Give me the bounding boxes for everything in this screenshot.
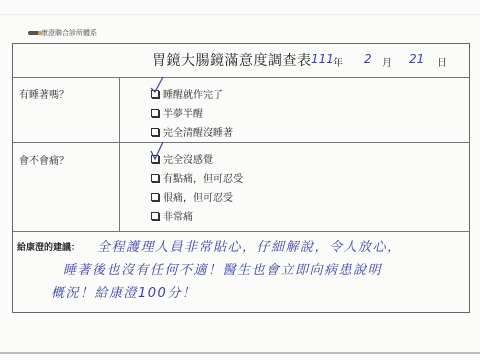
scan-edge-top: [0, 14, 480, 15]
checkbox-icon[interactable]: [151, 193, 159, 201]
option-item[interactable]: 有點痛，但可忍受: [151, 168, 243, 187]
clinic-logo-icon: [28, 31, 38, 35]
clinic-name: 康澄聯合診所體系: [41, 28, 97, 38]
clinic-header: 康澄聯合診所體系: [28, 28, 97, 38]
option-label: 很痛，但可忍受: [163, 189, 233, 204]
option-label: 半夢半醒: [163, 105, 203, 120]
survey-form: 胃鏡大腸鏡滿意度調查表 111 年 2 月 21 日 有睡著嗎？ 睡醒就作完了 …: [12, 43, 470, 313]
option-item[interactable]: 非常痛: [151, 206, 243, 225]
option-item[interactable]: 完全沒感覺: [151, 149, 243, 168]
column-divider: [119, 77, 120, 142]
option-label: 完全清醒沒睡著: [163, 124, 233, 139]
option-item[interactable]: 睡醒就作完了: [151, 84, 233, 103]
suggestion-line-3: 概況！給康澄100分！: [51, 282, 196, 301]
question-label: 會不會痛？: [19, 152, 69, 167]
option-item[interactable]: 完全清醒沒睡著: [151, 122, 233, 141]
date-day-value: 21: [409, 52, 424, 66]
date-month-value: 2: [364, 52, 372, 66]
suggestion-line-2: 睡著後也沒有任何不適！醫生也會立即向病患說明: [63, 259, 382, 278]
question-row-sleep: 有睡著嗎？ 睡醒就作完了 半夢半醒 完全清醒沒睡著: [13, 77, 469, 143]
option-label: 完全沒感覺: [163, 151, 213, 166]
date-month-label: 月: [382, 54, 392, 69]
option-list: 睡醒就作完了 半夢半醒 完全清醒沒睡著: [151, 84, 233, 141]
column-divider: [119, 143, 120, 231]
checkbox-icon[interactable]: [151, 212, 159, 220]
option-list: 完全沒感覺 有點痛，但可忍受 很痛，但可忍受 非常痛: [151, 149, 243, 225]
option-label: 睡醒就作完了: [163, 86, 223, 101]
title-row: 胃鏡大腸鏡滿意度調查表 111 年 2 月 21 日: [13, 44, 469, 78]
checkbox-icon[interactable]: [151, 174, 159, 182]
question-label: 有睡著嗎？: [19, 86, 69, 101]
date-year-label: 年: [333, 54, 343, 69]
checkmark-icon: [149, 141, 165, 161]
suggestion-row: 給康澄的建議： 全程護理人員非常貼心，仔細解說，令人放心， 睡著後也沒有任何不適…: [13, 232, 469, 312]
form-title: 胃鏡大腸鏡滿意度調查表: [152, 50, 312, 70]
option-item[interactable]: 很痛，但可忍受: [151, 187, 243, 206]
date-day-label: 日: [437, 54, 447, 69]
option-item[interactable]: 半夢半醒: [151, 103, 233, 122]
scan-edge-bottom: [0, 352, 480, 354]
checkbox-icon[interactable]: [151, 109, 159, 117]
option-label: 非常痛: [163, 208, 193, 223]
option-label: 有點痛，但可忍受: [163, 170, 243, 185]
checkbox-icon[interactable]: [151, 128, 159, 136]
suggestion-line-1: 全程護理人員非常貼心，仔細解說，令人放心，: [97, 236, 402, 255]
suggestion-label: 給康澄的建議：: [17, 240, 80, 253]
question-row-pain: 會不會痛？ 完全沒感覺 有點痛，但可忍受 很痛，但可忍受 非常痛: [13, 143, 469, 232]
date-year-value: 111: [311, 52, 334, 66]
checkmark-icon: [149, 76, 165, 96]
